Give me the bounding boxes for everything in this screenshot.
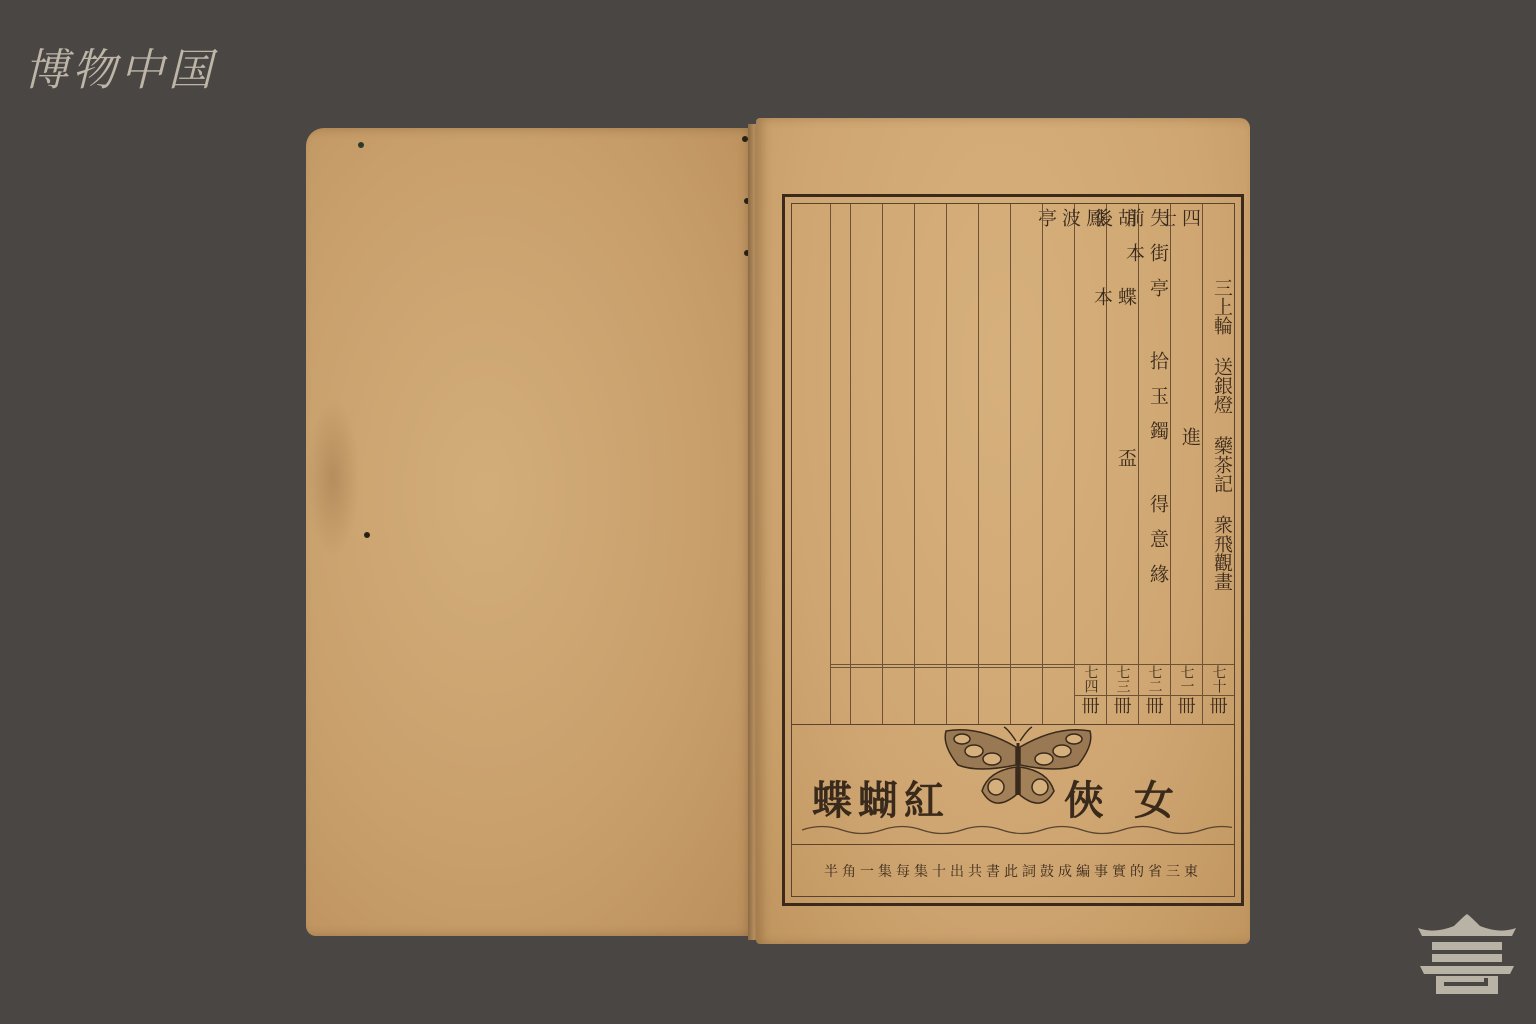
catalog-column-empty — [914, 204, 946, 724]
catalog-column-empty — [946, 204, 978, 724]
right-page-catalog: 三上輪 送銀燈 藥茶記 衆飛觀畫七十冊 四進 士七一冊 失街亭 拾玉鐲 得意緣 … — [756, 118, 1250, 944]
catalog-column-empty — [850, 204, 882, 724]
open-book: 三上輪 送銀燈 藥茶記 衆飛觀畫七十冊 四進 士七一冊 失街亭 拾玉鐲 得意緣 … — [304, 118, 1250, 944]
left-page-blank — [306, 128, 754, 936]
title-banner: 紅蝴蝶 — [792, 724, 1234, 845]
catalog-column: 鳳 波 亭七四冊 — [1074, 204, 1106, 724]
catalog-column: 三上輪 送銀燈 藥茶記 衆飛觀畫七十冊 — [1202, 204, 1234, 724]
binding-hole — [364, 532, 370, 538]
water-stain — [306, 398, 360, 558]
catalog-column: 胡蝶 盃 後本七三冊 — [1106, 204, 1138, 724]
catalog-column-empty — [978, 204, 1010, 724]
catalog-grid: 三上輪 送銀燈 藥茶記 衆飛觀畫七十冊 四進 士七一冊 失街亭 拾玉鐲 得意緣 … — [792, 204, 1234, 724]
catalog-column: 四進 士七一冊 — [1170, 204, 1202, 724]
catalog-column-empty — [882, 204, 914, 724]
title-female-knight: 女俠 — [1064, 769, 1204, 826]
wave-divider — [802, 823, 1232, 837]
catalog-column: 失街亭 拾玉鐲 得意緣 前本七二冊 — [1138, 204, 1170, 724]
publication-note: 東三省的實事編成鼓詞此書共出十集每集一角半 — [792, 844, 1234, 896]
catalog-column-empty — [1010, 204, 1042, 724]
pavilion-roof-logo-icon — [1414, 914, 1520, 996]
binding-hole — [358, 142, 364, 148]
title-red-butterfly: 紅蝴蝶 — [812, 769, 950, 826]
catalog-frame: 三上輪 送銀燈 藥茶記 衆飛觀畫七十冊 四進 士七一冊 失街亭 拾玉鐲 得意緣 … — [782, 194, 1244, 906]
catalog-column-empty — [1042, 204, 1074, 724]
watermark-logo-text: 博物中国 — [24, 34, 216, 98]
catalog-column-empty — [830, 204, 850, 724]
